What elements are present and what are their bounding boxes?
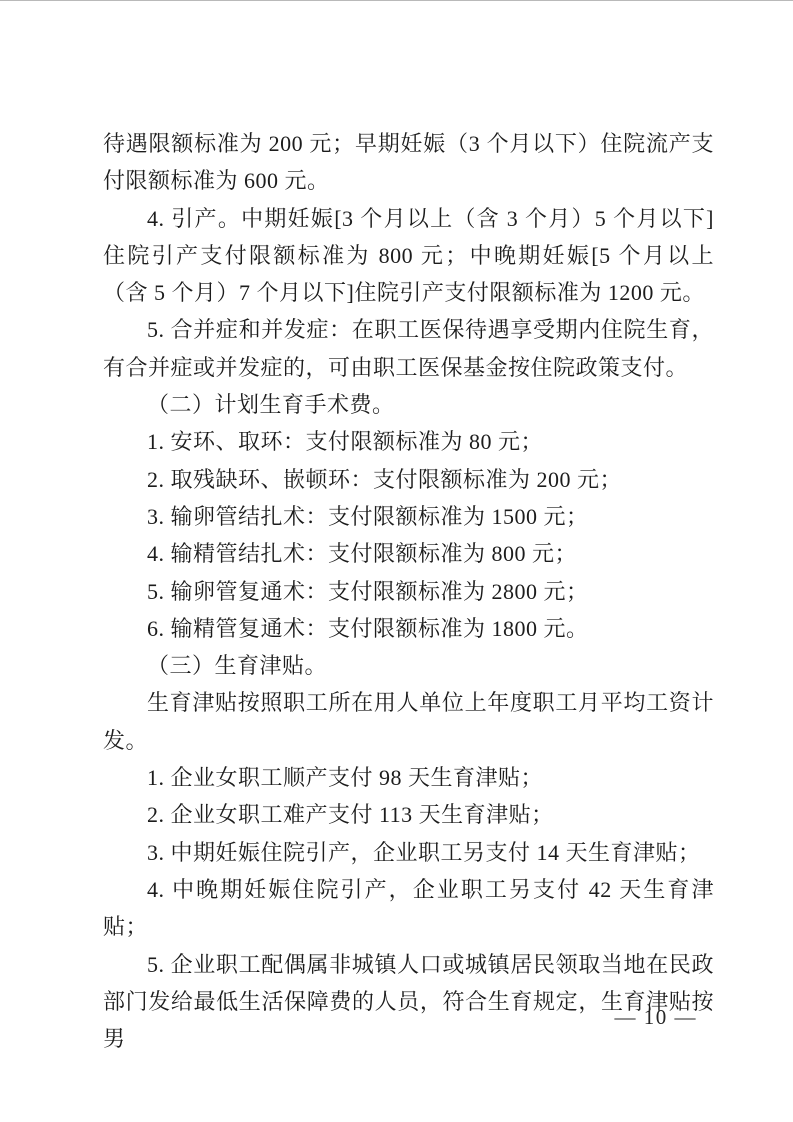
document-text-block: 待遇限额标准为 200 元；早期妊娠（3 个月以下）住院流产支付限额标准为 60… (103, 125, 714, 1057)
paragraph-continuation: 待遇限额标准为 200 元；早期妊娠（3 个月以下）住院流产支付限额标准为 60… (103, 125, 714, 200)
paragraph-item-4-vasectomy: 4. 输精管结扎术：支付限额标准为 800 元； (103, 535, 714, 572)
paragraph-item-4-mid-late-42-days: 4. 中晚期妊娠住院引产，企业职工另支付 42 天生育津贴； (103, 871, 714, 946)
paragraph-item-2-difficult-delivery-113-days: 2. 企业女职工难产支付 113 天生育津贴； (103, 796, 714, 833)
page-number: — 10 — (615, 1004, 698, 1030)
paragraph-item-5-spouse-allowance: 5. 企业职工配偶属非城镇人口或城镇居民领取当地在民政部门发给最低生活保障费的人… (103, 946, 714, 1058)
paragraph-item-5-tubal-recanalization: 5. 输卵管复通术：支付限额标准为 2800 元； (103, 573, 714, 610)
document-page: { "document": { "language": "zh-CN", "pa… (0, 0, 793, 1122)
section-heading-2-family-planning-surgery-fee: （二）计划生育手术费。 (103, 386, 714, 423)
paragraph-allowance-basis: 生育津贴按照职工所在用人单位上年度职工月平均工资计发。 (103, 684, 714, 759)
paragraph-item-1-normal-delivery-98-days: 1. 企业女职工顺产支付 98 天生育津贴； (103, 759, 714, 796)
paragraph-item-3-midterm-14-days: 3. 中期妊娠住院引产，企业职工另支付 14 天生育津贴； (103, 834, 714, 871)
paragraph-item-5-complications: 5. 合并症和并发症：在职工医保待遇享受期内住院生育，有合并症或并发症的，可由职… (103, 311, 714, 386)
paragraph-item-4-induced-labor: 4. 引产。中期妊娠[3 个月以上（含 3 个月）5 个月以下]住院引产支付限额… (103, 200, 714, 312)
paragraph-item-3-tubal-ligation: 3. 输卵管结扎术：支付限额标准为 1500 元； (103, 498, 714, 535)
section-heading-3-maternity-allowance: （三）生育津贴。 (103, 647, 714, 684)
paragraph-item-2-iud-broken-incarcerated: 2. 取残缺环、嵌顿环：支付限额标准为 200 元； (103, 461, 714, 498)
scan-edge-line (0, 0, 793, 1)
paragraph-item-1-iud-insert-remove: 1. 安环、取环：支付限额标准为 80 元； (103, 423, 714, 460)
paragraph-item-6-vas-recanalization: 6. 输精管复通术：支付限额标准为 1800 元。 (103, 610, 714, 647)
